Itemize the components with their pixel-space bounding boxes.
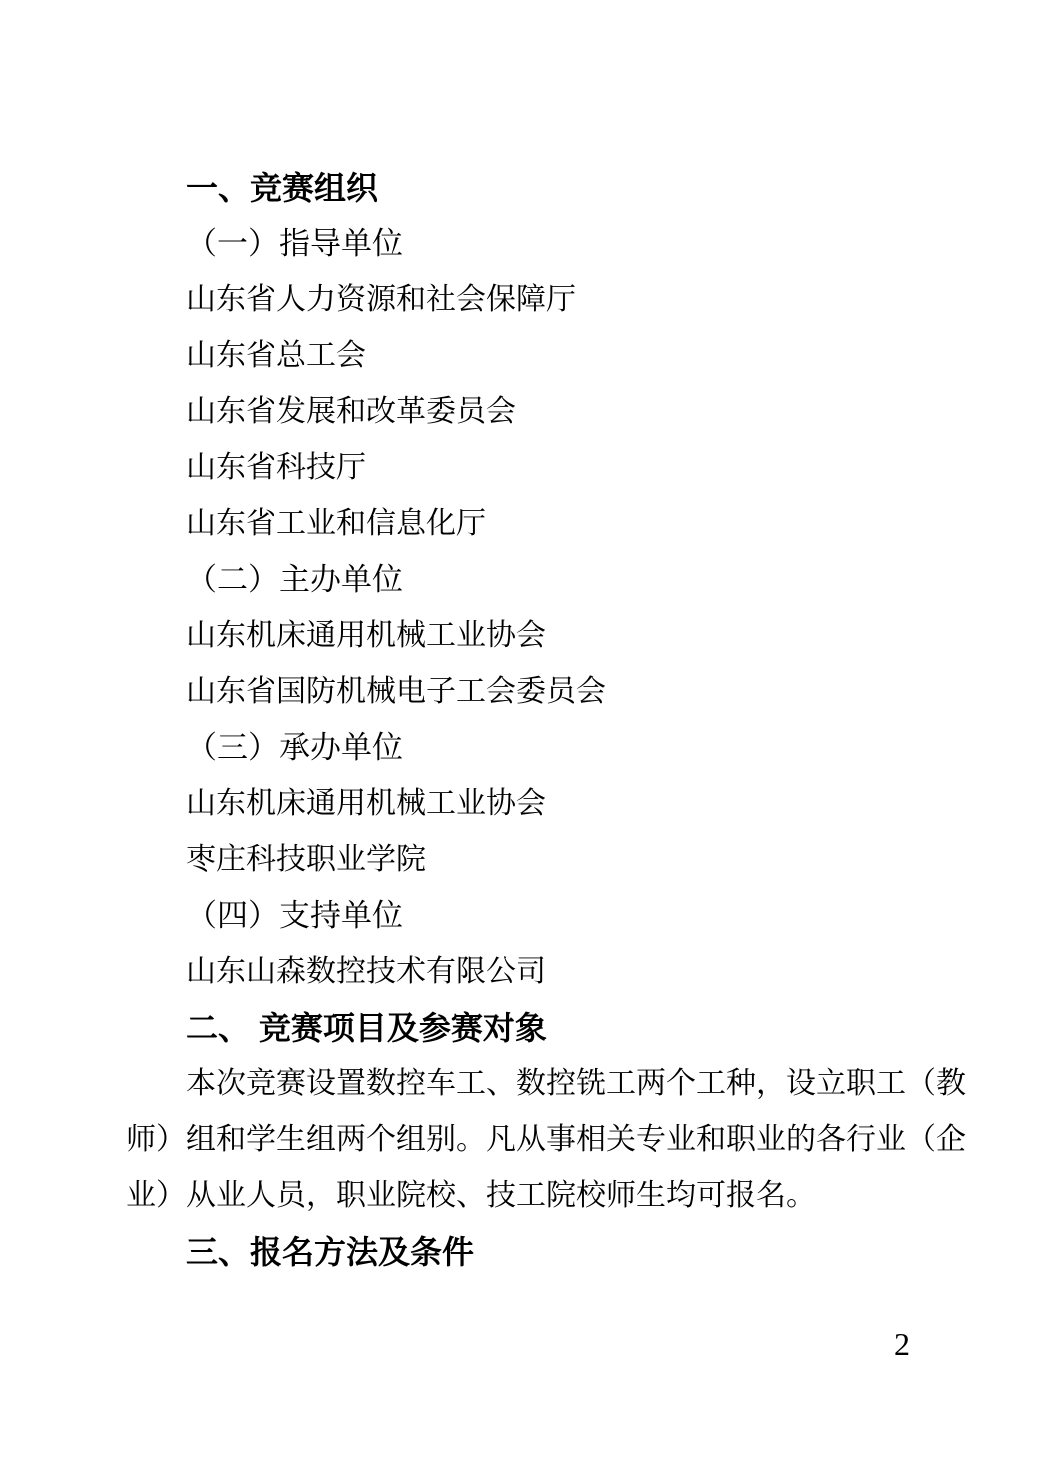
document-page: 一、竞赛组织（一）指导单位山东省人力资源和社会保障厅山东省总工会山东省发展和改革… [0, 0, 1041, 1473]
body-text-line: 山东省科技厅 [126, 440, 961, 496]
body-text-line: 山东省发展和改革委员会 [126, 384, 961, 440]
body-text-line: 山东省总工会 [126, 328, 961, 384]
subsection-heading: （一）指导单位 [126, 216, 961, 272]
section-heading: 一、竞赛组织 [126, 160, 961, 216]
section-heading: 三、报名方法及条件 [126, 1224, 961, 1280]
subsection-heading: （二）主办单位 [126, 552, 961, 608]
document-body: 一、竞赛组织（一）指导单位山东省人力资源和社会保障厅山东省总工会山东省发展和改革… [126, 160, 961, 1280]
body-text-line: 师）组和学生组两个组别。凡从事相关专业和职业的各行业（企 [126, 1112, 961, 1168]
body-text-line: 业）从业人员，职业院校、技工院校师生均可报名。 [126, 1168, 961, 1224]
body-text-line: 山东省国防机械电子工会委员会 [126, 664, 961, 720]
body-text-line: 山东山森数控技术有限公司 [126, 944, 961, 1000]
body-text-line: 山东机床通用机械工业协会 [126, 776, 961, 832]
section-heading: 二、 竞赛项目及参赛对象 [126, 1000, 961, 1056]
subsection-heading: （三）承办单位 [126, 720, 961, 776]
page-number: 2 [894, 1326, 910, 1362]
body-text-line: 山东省人力资源和社会保障厅 [126, 272, 961, 328]
body-text-line: 山东机床通用机械工业协会 [126, 608, 961, 664]
body-text-line: 本次竞赛设置数控车工、数控铣工两个工种，设立职工（教 [126, 1056, 961, 1112]
body-text-line: 山东省工业和信息化厅 [126, 496, 961, 552]
subsection-heading: （四）支持单位 [126, 888, 961, 944]
body-text-line: 枣庄科技职业学院 [126, 832, 961, 888]
